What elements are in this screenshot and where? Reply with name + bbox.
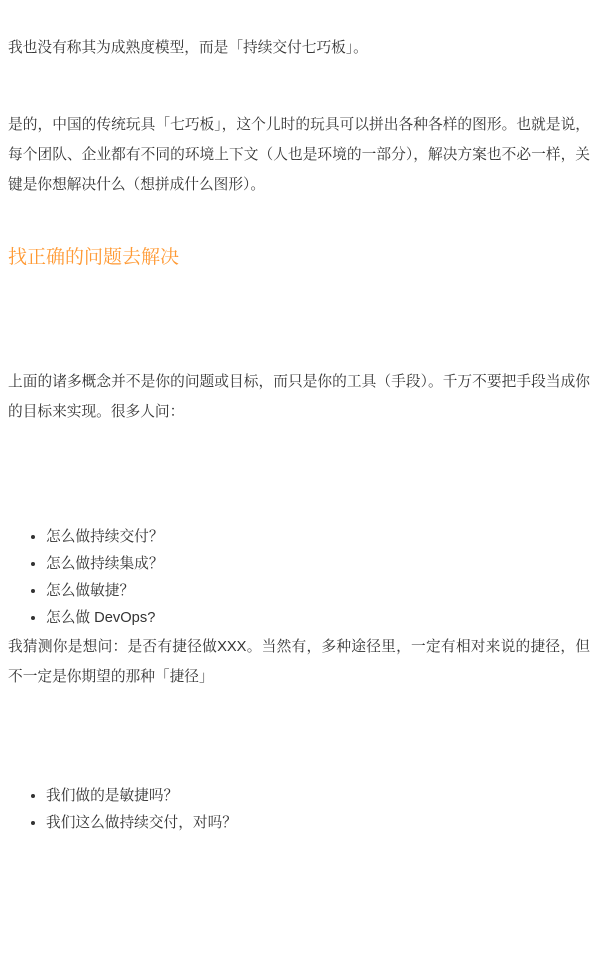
list-item: 我们做的是敏捷吗？ (46, 783, 590, 810)
paragraph-shortcut: 我猜测你是想问：是否有捷径做XXX。当然有，多种途径里，一定有相对来说的捷径，但… (8, 632, 590, 692)
article-content: 我也没有称其为成熟度模型，而是「持续交付七巧板」。 是的，中国的传统玩具「七巧板… (0, 0, 598, 837)
paragraph-tools-vs-goals: 上面的诸多概念并不是你的问题或目标，而只是你的工具（手段）。千万不要把手段当成你… (8, 367, 590, 427)
paragraph-tangram: 是的，中国的传统玩具「七巧板」，这个儿时的玩具可以拼出各种各样的图形。也就是说，… (8, 110, 590, 200)
paragraph-intro: 我也没有称其为成熟度模型，而是「持续交付七巧板」。 (8, 33, 590, 63)
list-item: 怎么做敏捷？ (46, 578, 590, 605)
list-item: 怎么做持续交付？ (46, 524, 590, 551)
list-item: 怎么做持续集成？ (46, 551, 590, 578)
list-item: 怎么做 DevOps? (46, 605, 590, 632)
list-item: 我们这么做持续交付，对吗？ (46, 810, 590, 837)
questions-list: 怎么做持续交付？ 怎么做持续集成？ 怎么做敏捷？ 怎么做 DevOps? (8, 524, 590, 632)
section-heading: 找正确的问题去解决 (8, 244, 590, 271)
doubt-questions-list: 我们做的是敏捷吗？ 我们这么做持续交付，对吗？ (8, 783, 590, 837)
